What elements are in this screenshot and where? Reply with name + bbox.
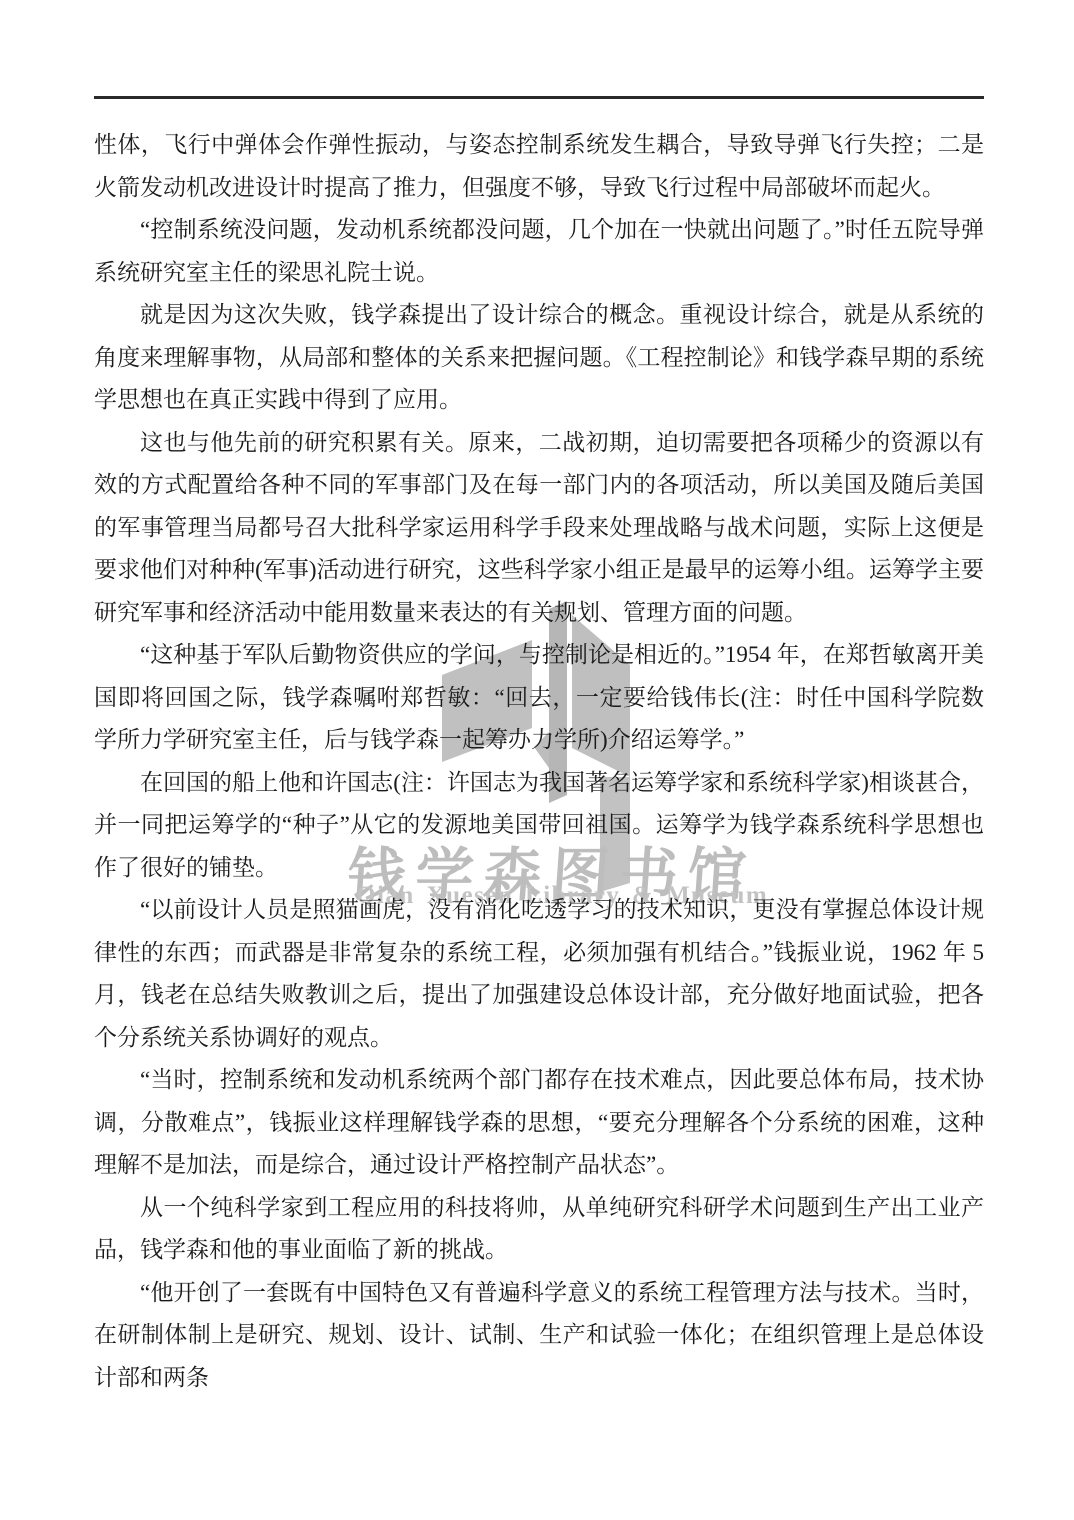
- document-page: 钱学森图书馆 Qian Xuesen Library & Museum 性体，飞…: [0, 0, 1074, 1520]
- paragraph: “当时，控制系统和发动机系统两个部门都存在技术难点，因此要总体布局，技术协调，分…: [94, 1059, 984, 1187]
- paragraph: 在回国的船上他和许国志(注：许国志为我国著名运筹学家和系统科学家)相谈甚合，并一…: [94, 762, 984, 890]
- paragraph: 这也与他先前的研究积累有关。原来，二战初期，迫切需要把各项稀少的资源以有效的方式…: [94, 422, 984, 635]
- paragraph: “以前设计人员是照猫画虎，没有消化吃透学习的技术知识，更没有掌握总体设计规律性的…: [94, 889, 984, 1059]
- paragraph: “控制系统没问题，发动机系统都没问题，几个加在一快就出问题了。”时任五院导弹系统…: [94, 209, 984, 294]
- header-rule: [94, 96, 984, 99]
- paragraph: “他开创了一套既有中国特色又有普遍科学意义的系统工程管理方法与技术。当时，在研制…: [94, 1272, 984, 1400]
- paragraph: “这种基于军队后勤物资供应的学问，与控制论是相近的。”1954 年，在郑哲敏离开…: [94, 634, 984, 762]
- paragraph: 从一个纯科学家到工程应用的科技将帅，从单纯研究科研学术问题到生产出工业产品，钱学…: [94, 1187, 984, 1272]
- document-body: 性体，飞行中弹体会作弹性振动，与姿态控制系统发生耦合，导致导弹飞行失控；二是火箭…: [94, 124, 984, 1399]
- paragraph: 就是因为这次失败，钱学森提出了设计综合的概念。重视设计综合，就是从系统的角度来理…: [94, 294, 984, 422]
- paragraph: 性体，飞行中弹体会作弹性振动，与姿态控制系统发生耦合，导致导弹飞行失控；二是火箭…: [94, 124, 984, 209]
